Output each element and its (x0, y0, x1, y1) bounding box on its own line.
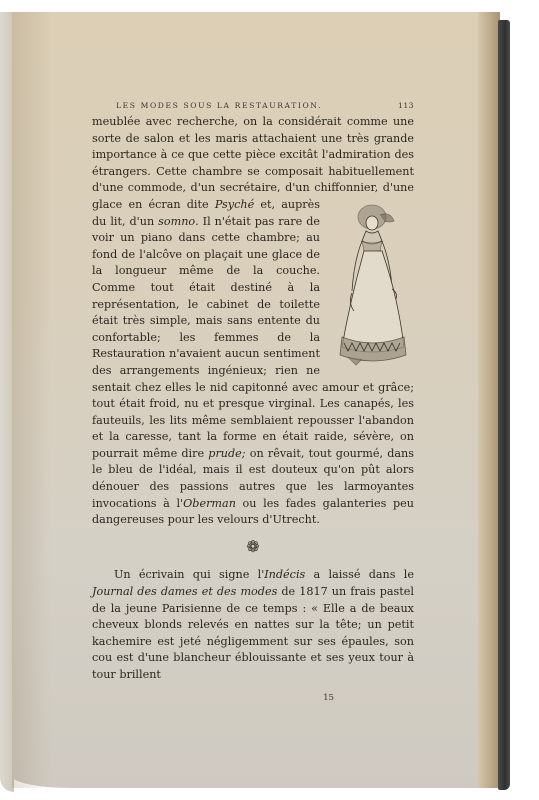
paragraph-parisienne-portrait: Un écrivain qui signe l'Indécis a laissé… (92, 567, 414, 683)
fashion-engraving-figure (328, 197, 414, 375)
section-ornament-icon: ❁ (92, 539, 414, 556)
gutter-shadow (12, 12, 52, 788)
signature-mark: 15 (92, 690, 414, 707)
page-text-block: LES MODES SOUS LA RESTAURATION. 113 meub… (92, 98, 414, 706)
page-number: 113 (398, 98, 414, 115)
paragraph-bedroom-description: meublée avec recherche, on la considérai… (92, 114, 414, 529)
woman-in-gown-illustration-icon (328, 197, 414, 375)
running-head-title: LES MODES SOUS LA RESTAURATION. (116, 98, 322, 115)
running-head: LES MODES SOUS LA RESTAURATION. 113 (92, 98, 414, 112)
book-cover-edge (498, 20, 510, 790)
page-fore-edge (478, 12, 500, 788)
